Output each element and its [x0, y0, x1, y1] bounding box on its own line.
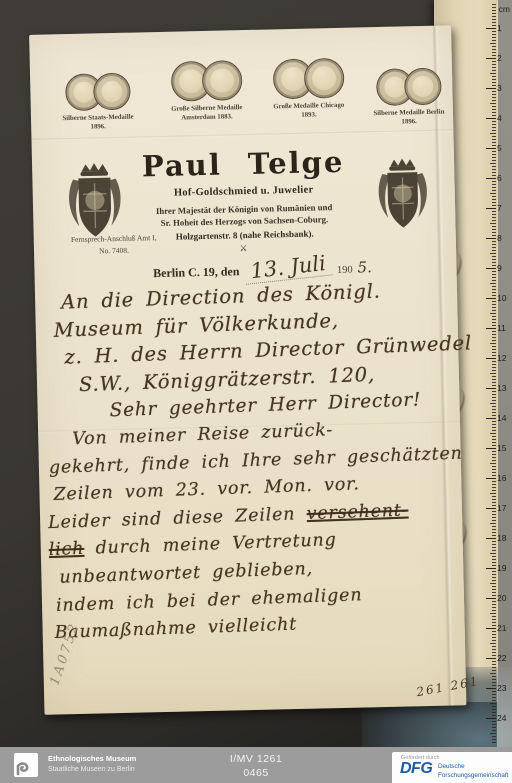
ruler-tick: [492, 289, 496, 290]
ruler-tick: [492, 700, 496, 701]
ruler-tick: [492, 94, 496, 95]
ruler-tick: [492, 640, 496, 641]
ruler-tick: [492, 505, 496, 506]
ruler-tick: [492, 469, 496, 470]
handwriting-struck-word: versehent-: [306, 500, 408, 524]
phone-block: Fernsprech-Anschluß Amt I, No. 7408.: [40, 231, 189, 258]
ruler-tick: [492, 319, 496, 320]
ruler-number: 10: [497, 294, 510, 303]
ruler-number: 12: [497, 354, 510, 363]
ruler-tick: [492, 127, 496, 128]
ruler-tick: [490, 433, 496, 434]
ruler-tick: [492, 304, 496, 305]
ruler-tick: [492, 151, 496, 152]
ruler-number: 15: [497, 444, 510, 453]
ruler-tick: [492, 271, 496, 272]
ruler-tick: [492, 217, 496, 218]
ruler-tick: [492, 472, 496, 473]
ruler-tick: [492, 502, 496, 503]
ruler-tick: [492, 10, 496, 11]
ruler-tick: [492, 37, 496, 38]
ruler-tick: [486, 628, 496, 629]
ruler-tick: [492, 46, 496, 47]
medal-coins: [150, 60, 263, 103]
ruler-tick: [492, 322, 496, 323]
letter-page: Silberne Staats-Medaille1896.Große Silbe…: [29, 25, 466, 714]
ruler-tick: [492, 634, 496, 635]
dfg-org-line: Deutsche: [438, 763, 508, 772]
ruler-number: 7: [497, 204, 510, 213]
ruler-tick: [492, 331, 496, 332]
ruler-tick: [486, 118, 496, 119]
ruler-tick: [490, 403, 496, 404]
ruler-number: 5: [497, 144, 510, 153]
ruler-tick: [492, 307, 496, 308]
ruler-tick: [492, 442, 496, 443]
ruler-tick: [492, 25, 496, 26]
dfg-org-line: Forschungsgemeinschaft: [438, 772, 508, 781]
ruler-tick: [492, 460, 496, 461]
ruler-number: 4: [497, 114, 510, 123]
ruler-number: 19: [497, 564, 510, 573]
ruler-tick: [492, 577, 496, 578]
medal-group: Silberne Medaille Berlin1896.: [362, 67, 455, 128]
ruler-tick: [492, 220, 496, 221]
ruler-tick: [492, 652, 496, 653]
ruler-tick: [492, 697, 496, 698]
ruler-tick: [492, 250, 496, 251]
ruler-tick: [492, 277, 496, 278]
medal-caption: Silberne Medaille Berlin1896.: [363, 108, 455, 128]
ruler-tick: [492, 352, 496, 353]
medal-group: Große Silberne MedailleAmsterdam 1883.: [150, 60, 263, 124]
ruler-tick: [492, 145, 496, 146]
handwriting-text: Von meiner Reise zurück-: [72, 420, 333, 449]
ruler-tick: [492, 349, 496, 350]
ruler-tick: [486, 478, 496, 479]
ruler-tick: [486, 718, 496, 719]
ruler-tick: [492, 535, 496, 536]
ruler-tick: [490, 283, 496, 284]
ruler-tick: [492, 232, 496, 233]
ruler-tick: [492, 571, 496, 572]
ruler-tick: [492, 517, 496, 518]
ruler-tick: [492, 226, 496, 227]
ruler-tick: [492, 64, 496, 65]
ruler-tick: [490, 703, 496, 704]
ruler-tick: [492, 106, 496, 107]
ruler-number: 11: [497, 324, 510, 333]
ruler-tick: [492, 325, 496, 326]
ruler-tick: [492, 574, 496, 575]
medal-caption: Große Medaille Chicago1893.: [257, 101, 361, 121]
ruler-tick: [490, 163, 496, 164]
ruler-tick: [490, 43, 496, 44]
ruler-tick: [486, 178, 496, 179]
ruler-tick: [492, 721, 496, 722]
ruler-tick: [492, 430, 496, 431]
ruler-tick: [492, 181, 496, 182]
ruler-tick: [492, 370, 496, 371]
ruler-tick: [492, 337, 496, 338]
ruler-number: 2: [497, 54, 510, 63]
handwriting-text: durch meine Vertretung: [84, 530, 337, 559]
ruler-tick: [492, 676, 496, 677]
ruler-tick: [492, 556, 496, 557]
ruler-tick: [492, 586, 496, 587]
ruler-tick: [490, 493, 496, 494]
ruler-tick: [492, 259, 496, 260]
ruler-tick: [492, 196, 496, 197]
ruler-tick: [486, 448, 496, 449]
medal-coins: [256, 57, 361, 99]
ruler-tick: [492, 685, 496, 686]
ruler-tick: [492, 466, 496, 467]
ruler-tick: [492, 241, 496, 242]
ruler-tick: [490, 553, 496, 554]
ruler-tick: [492, 514, 496, 515]
handwriting-text: Baumaßnahme vielleicht: [54, 615, 297, 643]
dfg-logo: DFG: [400, 761, 432, 777]
ruler-tick: [492, 7, 496, 8]
ruler-tick: [492, 139, 496, 140]
ruler-tick: [486, 508, 496, 509]
ruler-number: 1: [497, 24, 510, 33]
ruler-tick: [492, 649, 496, 650]
ruler-tick: [492, 310, 496, 311]
ruler-tick: [492, 154, 496, 155]
ruler-tick: [492, 397, 496, 398]
ruler-tick: [492, 415, 496, 416]
ruler-tick: [492, 79, 496, 80]
ruler-tick: [492, 646, 496, 647]
ruler-tick: [492, 280, 496, 281]
ruler-number: 13: [497, 384, 510, 393]
ruler-tick: [492, 406, 496, 407]
ruler-tick: [492, 427, 496, 428]
ruler-tick: [486, 28, 496, 29]
ruler-tick: [492, 199, 496, 200]
ruler-tick: [486, 148, 496, 149]
ruler-tick: [490, 313, 496, 314]
ruler-tick: [492, 481, 496, 482]
medal-coin-icon: [303, 58, 344, 99]
ruler-tick: [492, 724, 496, 725]
medal-caption: Silberne Staats-Medaille1896.: [49, 113, 147, 133]
ruler-tick: [492, 439, 496, 440]
ruler-tick: [492, 13, 496, 14]
ruler-tick: [492, 562, 496, 563]
ruler-tick: [492, 229, 496, 230]
ruler-tick: [492, 559, 496, 560]
ruler-tick: [492, 511, 496, 512]
ruler-tick: [492, 52, 496, 53]
ruler-tick: [490, 103, 496, 104]
ruler-tick: [492, 631, 496, 632]
ruler-tick: [492, 361, 496, 362]
ruler-tick: [486, 238, 496, 239]
ruler-number: 20: [497, 594, 510, 603]
ruler-tick: [492, 157, 496, 158]
ruler-tick: [492, 316, 496, 317]
ruler-tick: [492, 739, 496, 740]
ruler-tick: [492, 211, 496, 212]
ruler-tick: [492, 31, 496, 32]
ruler-tick: [490, 523, 496, 524]
scan-viewport: Silberne Staats-Medaille1896.Große Silbe…: [0, 0, 512, 783]
ruler-tick: [490, 733, 496, 734]
medal-caption: Große Silberne MedailleAmsterdam 1883.: [151, 104, 263, 124]
ruler-tick: [492, 565, 496, 566]
ruler-tick: [492, 589, 496, 590]
ruler-tick: [492, 694, 496, 695]
ruler-tick: [492, 607, 496, 608]
ruler-tick: [490, 643, 496, 644]
ruler-tick: [492, 409, 496, 410]
ruler-tick: [486, 298, 496, 299]
ruler-tick: [492, 97, 496, 98]
ruler-tick: [492, 286, 496, 287]
ruler-tick: [492, 367, 496, 368]
ruler-tick: [492, 394, 496, 395]
ruler-tick: [486, 418, 496, 419]
ruler-tick: [492, 244, 496, 245]
ruler-tick: [490, 583, 496, 584]
ruler-tick: [492, 424, 496, 425]
medal-caption-line: 1893.: [257, 110, 361, 121]
ruler-tick: [492, 709, 496, 710]
ruler-tick: [492, 376, 496, 377]
ruler-tick: [492, 142, 496, 143]
ruler-tick: [492, 736, 496, 737]
medal-caption-line: Amsterdam 1883.: [151, 112, 263, 123]
ruler-tick: [492, 34, 496, 35]
ruler-tick: [492, 610, 496, 611]
ruler-tick: [492, 346, 496, 347]
ruler-tick: [486, 658, 496, 659]
ruler-tick: [486, 388, 496, 389]
ruler-tick: [492, 475, 496, 476]
ruler-tick: [492, 670, 496, 671]
ruler-number: 18: [497, 534, 510, 543]
ruler-tick: [492, 457, 496, 458]
ruler-tick: [492, 61, 496, 62]
ruler-tick: [492, 82, 496, 83]
ruler-tick: [492, 202, 496, 203]
ruler-tick: [490, 223, 496, 224]
ruler-tick: [492, 340, 496, 341]
ruler-tick: [490, 73, 496, 74]
medal-coins: [48, 72, 147, 111]
ruler-tick: [492, 580, 496, 581]
ruler-tick: [492, 541, 496, 542]
handwriting-body: An die Direction des Königl.Museum für V…: [43, 277, 461, 645]
ruler-number: 17: [497, 504, 510, 513]
ruler-tick: [492, 604, 496, 605]
ruler-tick: [486, 538, 496, 539]
ruler-tick: [492, 601, 496, 602]
ruler-number: 6: [497, 174, 510, 183]
ruler-tick: [486, 328, 496, 329]
ruler-tick: [492, 715, 496, 716]
ruler-tick: [486, 88, 496, 89]
ruler-tick: [492, 667, 496, 668]
ruler-tick: [492, 490, 496, 491]
ruler-tick: [492, 247, 496, 248]
ruler-tick: [492, 301, 496, 302]
handwriting-struck-word: lich: [48, 539, 84, 560]
ruler-tick: [492, 379, 496, 380]
ruler-tick: [492, 382, 496, 383]
ruler-tick: [492, 295, 496, 296]
ruler-tick: [492, 499, 496, 500]
ruler-tick: [492, 547, 496, 548]
ruler-tick: [492, 100, 496, 101]
ruler-tick: [492, 436, 496, 437]
ruler-tick: [492, 214, 496, 215]
ruler-tick: [492, 520, 496, 521]
ruler-tick: [486, 268, 496, 269]
ruler-number: 16: [497, 474, 510, 483]
ruler-number: 23: [497, 684, 510, 693]
ruler-tick: [492, 160, 496, 161]
ruler-tick: [492, 274, 496, 275]
ruler-tick: [492, 49, 496, 50]
ruler-tick: [492, 679, 496, 680]
ruler-tick: [492, 385, 496, 386]
dateline-printed-year: 190: [337, 265, 353, 276]
ruler-tick: [492, 487, 496, 488]
ruler-tick: [492, 124, 496, 125]
ruler-tick: [492, 91, 496, 92]
medal-coins: [362, 67, 455, 106]
ruler-tick: [492, 622, 496, 623]
ruler-tick: [486, 208, 496, 209]
ruler-tick: [492, 190, 496, 191]
ruler-tick: [492, 664, 496, 665]
medal-coin-icon: [403, 68, 441, 106]
ruler: cm 1234567891011121314151617181920212223…: [482, 0, 512, 747]
ruler-tick: [492, 532, 496, 533]
ruler-tick: [492, 421, 496, 422]
ruler-tick: [492, 730, 496, 731]
ruler-tick: [492, 712, 496, 713]
dfg-funding-box: Gefördert durch DFG Deutsche Forschungsg…: [392, 752, 512, 783]
ruler-tick: [492, 187, 496, 188]
ruler-tick: [492, 169, 496, 170]
ruler-tick: [492, 742, 496, 743]
ruler-tick: [492, 136, 496, 137]
ruler-tick: [490, 193, 496, 194]
ruler-tick: [492, 451, 496, 452]
ruler-tick: [492, 166, 496, 167]
ruler-tick: [492, 22, 496, 23]
ruler-tick: [492, 67, 496, 68]
ruler-tick: [492, 391, 496, 392]
ruler-tick: [492, 115, 496, 116]
ruler-tick: [486, 598, 496, 599]
ruler-tick: [492, 529, 496, 530]
ruler-number: 21: [497, 624, 510, 633]
ruler-tick: [486, 568, 496, 569]
company-name: Paul Telge: [82, 146, 405, 182]
ruler-tick: [492, 355, 496, 356]
ruler-tick: [486, 688, 496, 689]
ruler-tick: [492, 655, 496, 656]
ruler-tick: [492, 184, 496, 185]
ruler-tick: [486, 358, 496, 359]
medal-coin-icon: [201, 60, 242, 101]
ruler-tick: [492, 334, 496, 335]
ruler-tick: [492, 484, 496, 485]
ruler-tick: [492, 256, 496, 257]
ruler-tick: [490, 673, 496, 674]
ruler-tick: [490, 133, 496, 134]
handwriting-text: unbeantwortet geblieben,: [59, 559, 313, 588]
ruler-tick: [492, 76, 496, 77]
medals-row: Silberne Staats-Medaille1896.Große Silbe…: [29, 25, 454, 155]
ruler-tick: [492, 706, 496, 707]
ruler-number: 9: [497, 264, 510, 273]
dateline-printed: Berlin C. 19, den: [153, 264, 240, 281]
ruler-unit-label: cm: [499, 4, 510, 14]
ruler-tick: [492, 682, 496, 683]
ruler-tick: [492, 262, 496, 263]
ruler-tick: [492, 544, 496, 545]
ruler-tick: [492, 526, 496, 527]
ruler-tick: [490, 613, 496, 614]
ruler-tick: [486, 58, 496, 59]
ruler-tick: [492, 205, 496, 206]
ruler-tick: [492, 619, 496, 620]
ruler-tick: [492, 265, 496, 266]
ruler-tick: [492, 121, 496, 122]
ruler-tick: [492, 412, 496, 413]
ruler-number: 14: [497, 414, 510, 423]
dateline-handwritten-year: 5.: [357, 258, 372, 276]
ruler-tick: [492, 445, 496, 446]
ruler-tick: [492, 55, 496, 56]
ruler-tick: [492, 637, 496, 638]
medal-group: Silberne Staats-Medaille1896.: [48, 72, 147, 133]
ruler-tick: [492, 85, 496, 86]
ruler-number: 8: [497, 234, 510, 243]
ruler-tick: [492, 364, 496, 365]
ruler-tick: [492, 4, 496, 5]
ruler-number: 22: [497, 654, 510, 663]
ruler-tick: [492, 175, 496, 176]
ruler-tick: [490, 253, 496, 254]
phone-line: No. 7408.: [40, 243, 188, 258]
ruler-tick: [492, 625, 496, 626]
ruler-tick: [492, 661, 496, 662]
ruler-tick: [492, 454, 496, 455]
ruler-tick: [492, 496, 496, 497]
ruler-tick: [490, 343, 496, 344]
footer-bar: Ethnologisches Museum Staatliche Museen …: [0, 747, 512, 783]
ruler-tick: [492, 70, 496, 71]
ruler-tick: [492, 19, 496, 20]
ruler-tick: [492, 112, 496, 113]
ruler-tick: [492, 109, 496, 110]
ruler-tick: [492, 400, 496, 401]
ruler-tick: [492, 550, 496, 551]
ruler-tick: [492, 172, 496, 173]
ruler-tick: [490, 463, 496, 464]
ruler-tick: [492, 616, 496, 617]
ruler-tick: [492, 691, 496, 692]
ruler-tick: [492, 40, 496, 41]
